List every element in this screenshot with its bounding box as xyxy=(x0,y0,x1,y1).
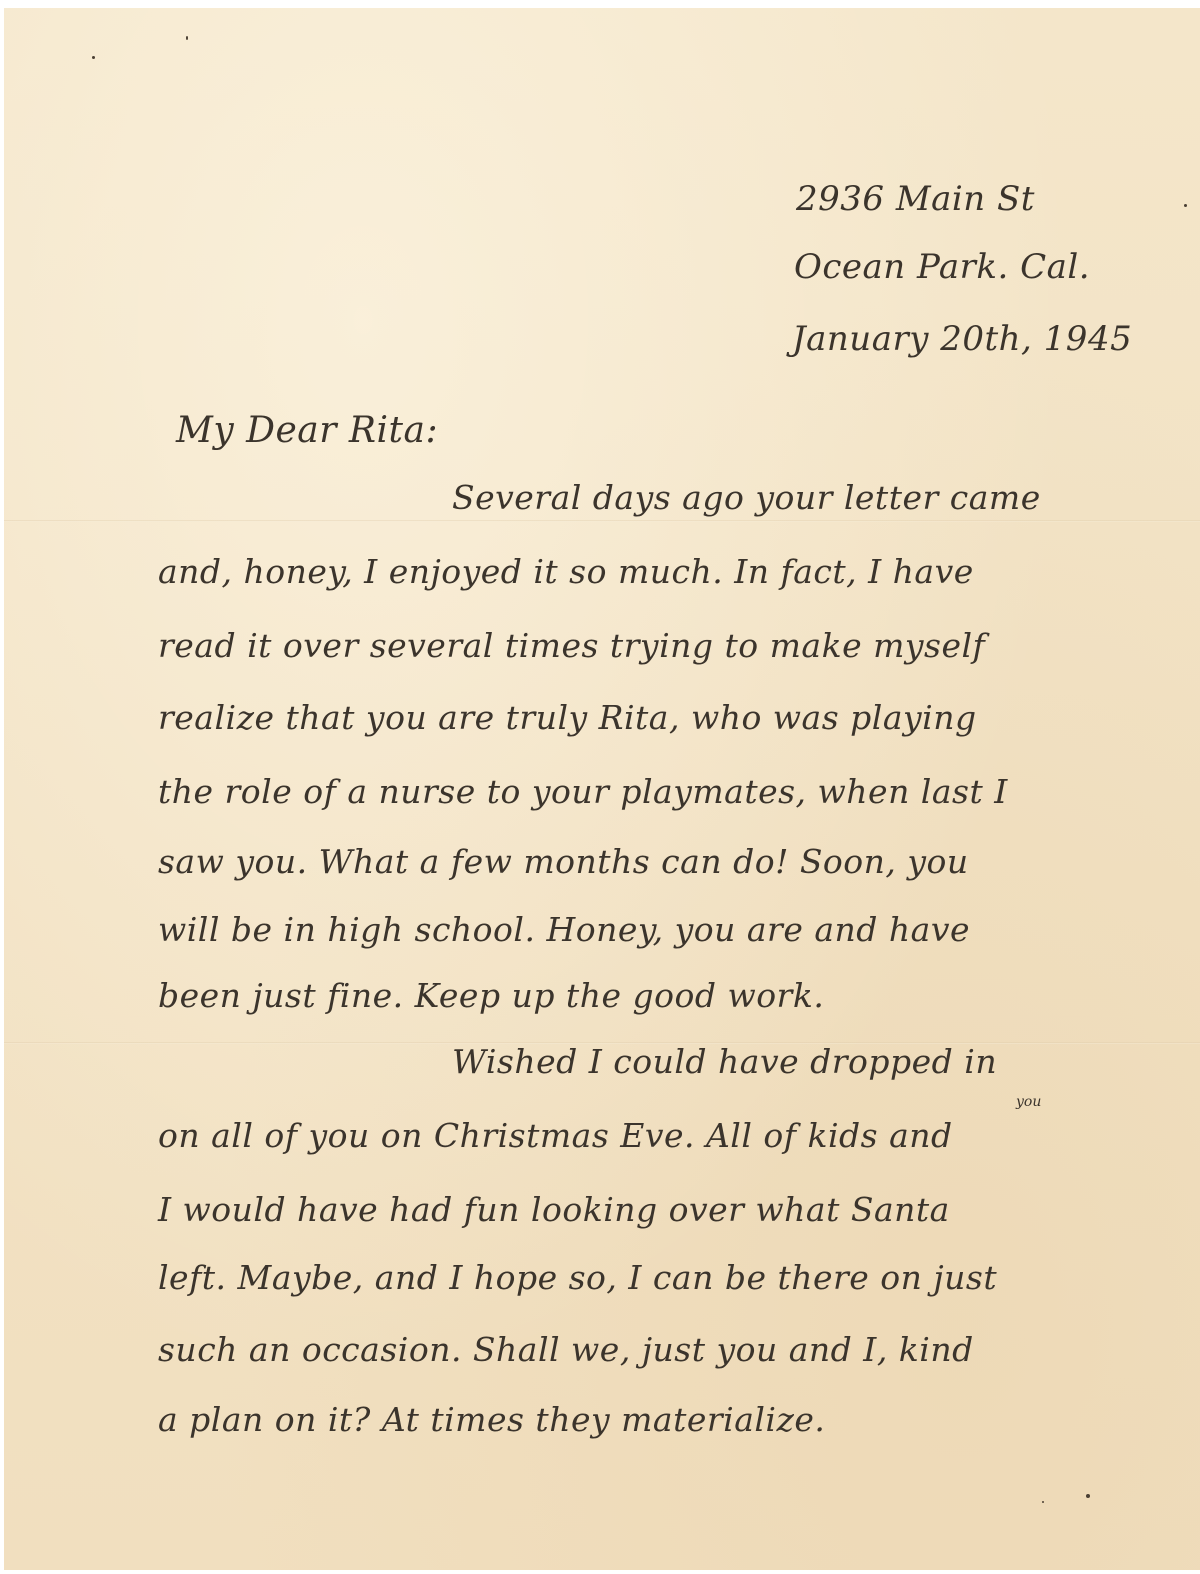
body-line: saw you. What a few months can do! Soon,… xyxy=(158,842,969,881)
paper-speck xyxy=(1042,1501,1044,1503)
body-line: and, honey, I enjoyed it so much. In fac… xyxy=(158,552,974,591)
paper-speck xyxy=(1086,1494,1090,1498)
body-line: read it over several times trying to mak… xyxy=(158,626,985,665)
body-line: realize that you are truly Rita, who was… xyxy=(158,698,977,737)
letter-date: January 20th, 1945 xyxy=(792,322,1132,356)
salutation: My Dear Rita: xyxy=(176,410,438,451)
body-line: Several days ago your letter came xyxy=(452,478,1041,517)
body-line: such an occasion. Shall we, just you and… xyxy=(158,1330,974,1369)
body-line: Wished I could have dropped in xyxy=(452,1042,997,1081)
fold-line xyxy=(4,520,1200,522)
inserted-word: you xyxy=(1016,1094,1041,1110)
paper-speck xyxy=(186,36,188,40)
address-line-1: 2936 Main St xyxy=(796,182,1035,216)
body-line: I would have had fun looking over what S… xyxy=(158,1190,950,1229)
body-line: the role of a nurse to your playmates, w… xyxy=(158,772,1008,811)
body-line: a plan on it? At times they materialize. xyxy=(158,1400,825,1439)
paper-speck xyxy=(1184,204,1187,207)
body-line: left. Maybe, and I hope so, I can be the… xyxy=(158,1258,997,1297)
address-line-2: Ocean Park. Cal. xyxy=(794,250,1090,284)
body-line: will be in high school. Honey, you are a… xyxy=(158,910,970,949)
paper-speck xyxy=(92,56,95,59)
body-line: on all of you on Christmas Eve. All of k… xyxy=(158,1116,953,1155)
body-line: been just fine. Keep up the good work. xyxy=(158,976,824,1015)
